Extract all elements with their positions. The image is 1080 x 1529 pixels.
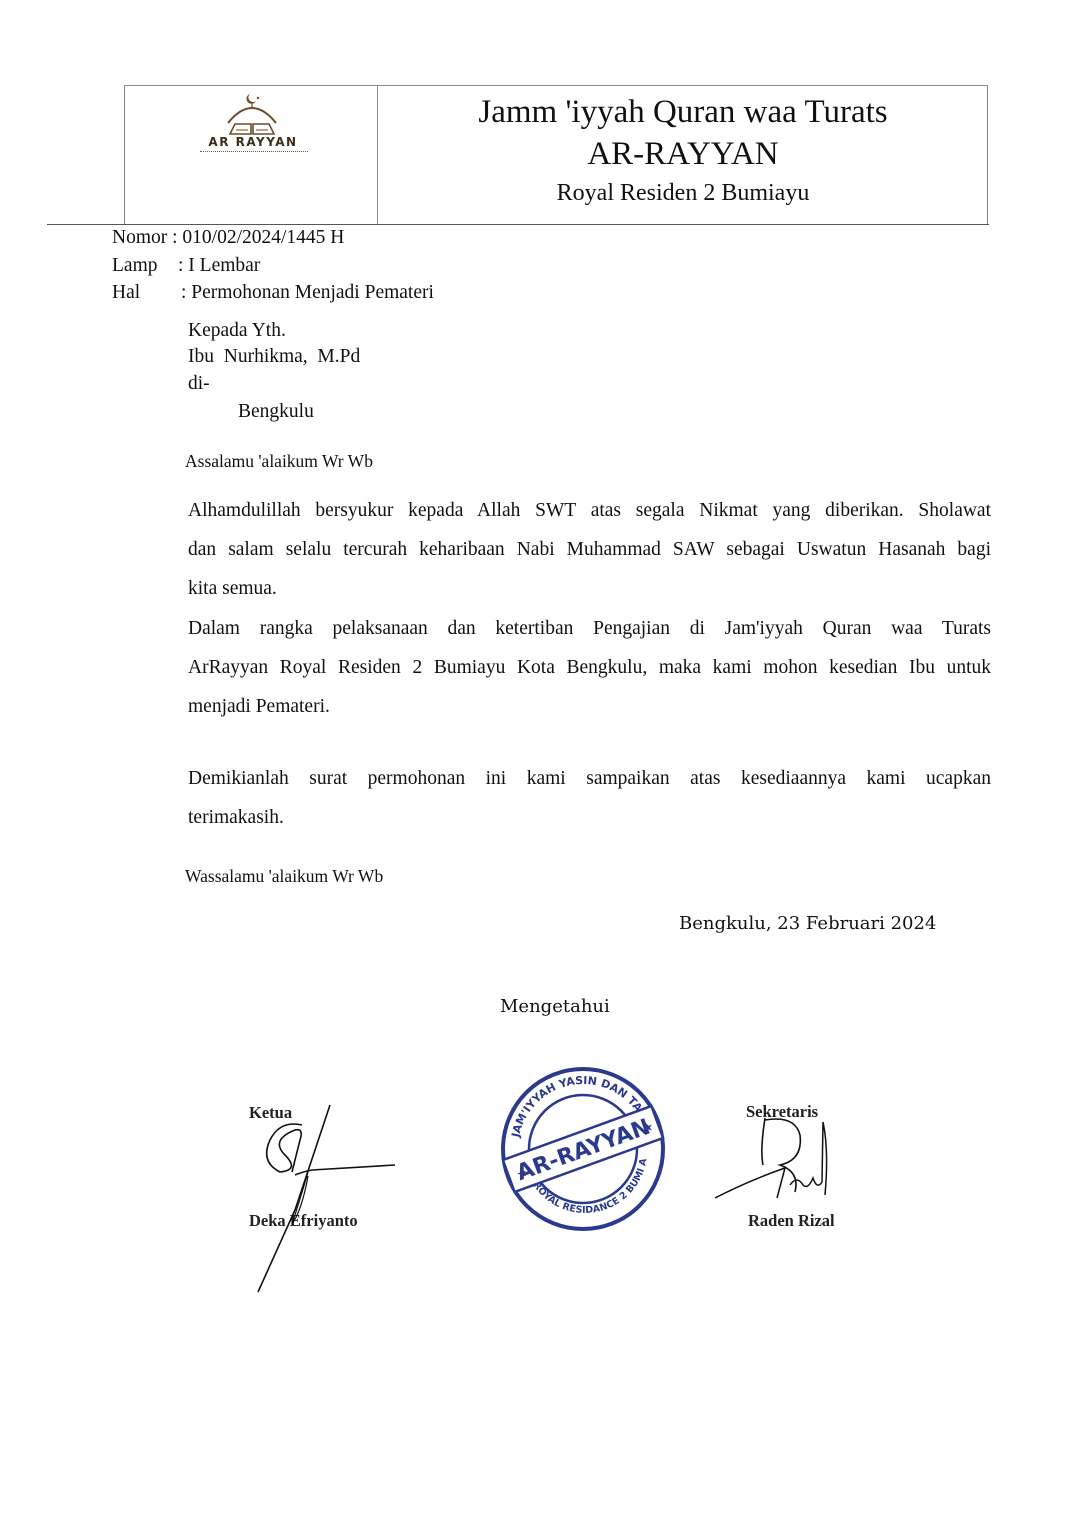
org-title-line2: AR-RAYYAN xyxy=(378,136,988,173)
letterhead-rule xyxy=(47,224,989,225)
body-paragraph-1: Alhamdulillah bersyukur kepada Allah SWT… xyxy=(188,491,991,608)
logo-tagline xyxy=(200,151,308,154)
meta-sep: : xyxy=(178,255,183,276)
paragraph-line: Dalam rangka pelaksanaan dan ketertiban … xyxy=(188,609,991,648)
meta-hal: Hal: Permohonan Menjadi Pemateri xyxy=(112,282,434,304)
meta-label: Hal xyxy=(112,282,181,304)
recipient-line1: Kepada Yth. xyxy=(188,320,286,342)
meta-sep: : xyxy=(172,227,177,248)
meta-value: Permohonan Menjadi Pemateri xyxy=(191,282,434,303)
meta-sep: : xyxy=(181,282,186,303)
acknowledged-label: Mengetahui xyxy=(500,996,610,1017)
greeting: Assalamu 'alaikum Wr Wb xyxy=(185,451,373,472)
org-title-line3: Royal Residen 2 Bumiayu xyxy=(378,180,988,207)
recipient-name: Ibu Nurhikma, M.Pd xyxy=(188,346,360,368)
paragraph-line: ArRayyan Royal Residen 2 Bumiayu Kota Be… xyxy=(188,648,991,687)
paragraph-line: dan salam selalu tercurah keharibaan Nab… xyxy=(188,530,991,569)
paragraph-line: Alhamdulillah bersyukur kepada Allah SWT… xyxy=(188,491,991,530)
meta-label: Lamp xyxy=(112,255,178,277)
recipient-line3: di- xyxy=(188,373,210,395)
signature-right-icon xyxy=(705,1110,845,1210)
paragraph-line: menjadi Pemateri. xyxy=(188,687,991,726)
meta-lamp: Lamp: I Lembar xyxy=(112,255,260,277)
meta-value: 010/02/2024/1445 H xyxy=(182,227,344,248)
signatory-name-right: Raden Rizal xyxy=(748,1211,835,1231)
logo-name: AR RAYYAN xyxy=(191,135,315,149)
signature-left-icon xyxy=(240,1100,410,1300)
place-date: Bengkulu, 23 Februari 2024 xyxy=(679,913,936,934)
meta-nomor: Nomor : 010/02/2024/1445 H xyxy=(112,227,344,249)
paragraph-line: kita semua. xyxy=(188,569,991,608)
body-paragraph-3: Demikianlah surat permohonan ini kami sa… xyxy=(188,759,991,837)
body-paragraph-2: Dalam rangka pelaksanaan dan ketertiban … xyxy=(188,609,991,726)
org-title-line1: Jamm 'iyyah Quran waa Turats xyxy=(378,94,988,131)
organization-stamp-icon: JAM'IYYAH YASIN DAN TAHLIL PERUM ROYAL R… xyxy=(496,1062,671,1237)
paragraph-line: terimakasih. xyxy=(188,798,991,837)
meta-label: Nomor xyxy=(112,227,167,248)
meta-value: I Lembar xyxy=(188,255,260,276)
recipient-city: Bengkulu xyxy=(238,401,314,423)
paragraph-line: Demikianlah surat permohonan ini kami sa… xyxy=(188,759,991,798)
closing-greeting: Wassalamu 'alaikum Wr Wb xyxy=(185,866,383,887)
